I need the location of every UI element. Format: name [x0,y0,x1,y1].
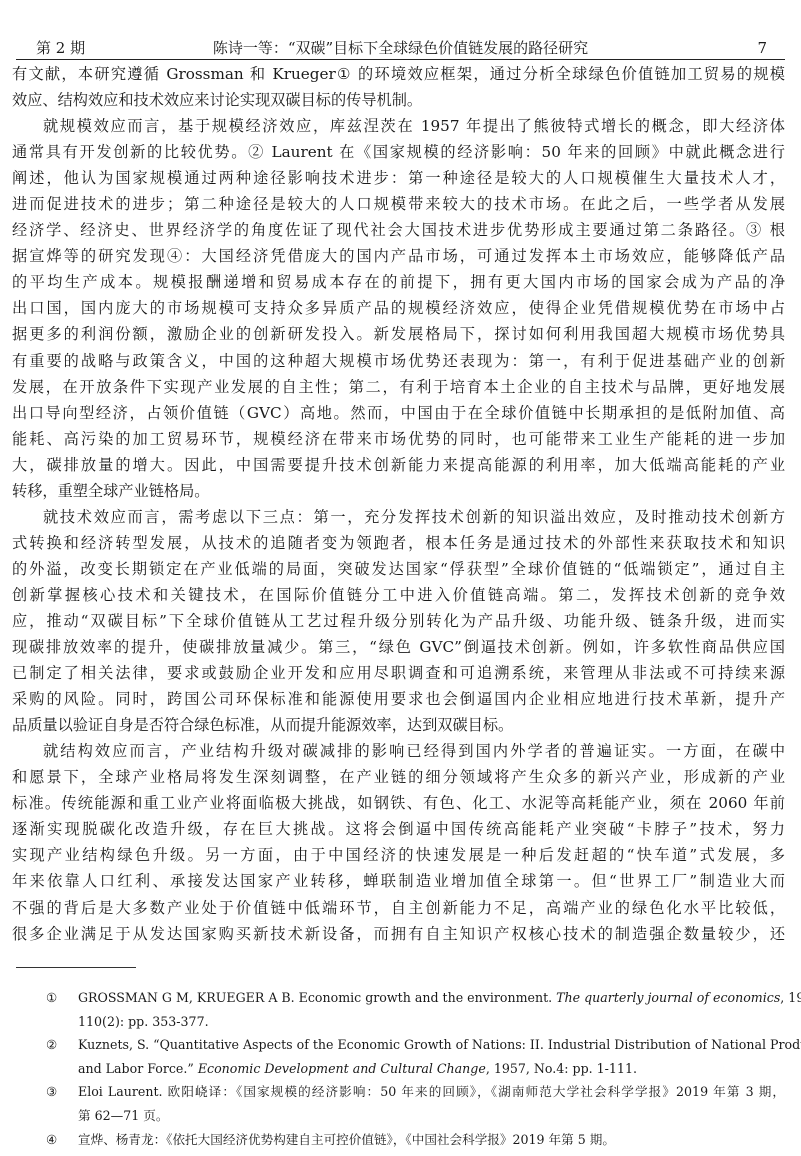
body-line: 创新掌握核心技术和关键技术，在国际价值链分工中进入价值链高端。第二，发挥技术创新… [12,582,785,608]
body-line: 阐述，他认为国家规模通过两种途径影响技术进步：第一种途径是较大的人口规模催生大量… [12,165,785,191]
body-line: 现碳排放效率的提升，使碳排放量减少。第三，“绿色 GVC”倒逼技术创新。例如，许… [12,634,785,660]
body-line: 品质量以验证自身是否符合绿色标准，从而提升能源效率，达到双碳目标。 [12,712,785,738]
footnote-marker: ④ [46,1128,68,1152]
page-number: 7 [757,38,767,58]
footnote-text: 110(2): pp. 353-377. [78,1010,785,1034]
footnote-line: ④宣烨、杨青龙：《依托大国经济优势构建自主可控价值链》，《中国社会科学报》201… [0,1128,801,1152]
footnote-segment: Kuznets, S. “Quantitative Aspects of the… [78,1037,801,1052]
body-line: 和愿景下，全球产业格局将发生深刻调整，在产业链的细分领域将产生众多的新兴产业，形… [12,764,785,790]
footnote-segment: , 1995, [780,990,801,1005]
running-header: 第 2 期 陈诗一等：“双碳”目标下全球绿色价值链发展的路径研究 7 [16,38,785,58]
body-line: 大，碳排放量的增大。因此，中国需要提升技术创新能力来提高能源的利用率，加大低端高… [12,452,785,478]
footnote-separator [16,967,136,968]
footnote-segment: 110(2): pp. 353-377. [78,1014,209,1029]
header-rule [16,59,785,60]
body-line: 采购的风险。同时，跨国公司环保标准和能源使用要求也会倒逼国内企业相应地进行技术革… [12,686,785,712]
body-line: 转移，重塑全球产业链格局。 [12,478,785,504]
footnote-segment: , 1957, No.4: pp. 1-111. [486,1061,637,1076]
footnote-marker: ③ [46,1080,68,1104]
body-text: 有文献，本研究遵循 Grossman 和 Krueger① 的环境效应框架，通过… [12,61,785,947]
footnote-line: ③Eloi Laurent. 欧阳峣译：《国家规模的经济影响：50 年来的回顾》… [0,1080,801,1104]
footnote-line: ②Kuznets, S. “Quantitative Aspects of th… [0,1033,801,1057]
footnote-segment: 第 62—71 页。 [78,1108,168,1123]
body-line: 年来依靠人口红利、承接发达国家产业转移，蝉联制造业增加值全球第一。但“世界工厂”… [12,868,785,894]
footnote-text: 宣烨、杨青龙：《依托大国经济优势构建自主可控价值链》，《中国社会科学报》2019… [78,1128,785,1152]
body-line: 标准。传统能源和重工业产业将面临极大挑战，如钢铁、有色、化工、水泥等高耗能产业，… [12,790,785,816]
body-line: 据宣烨等的研究发现④：大国经济凭借庞大的国内产品市场，可通过发挥本土市场效应，能… [12,243,785,269]
journal-title: Economic Development and Cultural Change [198,1061,486,1076]
footnote-text: GROSSMAN G M, KRUEGER A B. Economic grow… [78,986,785,1010]
footnote-line: ①GROSSMAN G M, KRUEGER A B. Economic gro… [0,986,801,1010]
body-line: 发展，在开放条件下实现产业发展的自主性；第二，有利于培育本土企业的自主技术与品牌… [12,374,785,400]
body-line: 有重要的战略与政策含义，中国的这种超大规模市场优势还表现为：第一，有利于促进基础… [12,348,785,374]
running-title: 陈诗一等：“双碳”目标下全球绿色价值链发展的路径研究 [16,38,785,58]
body-line: 已制定了相关法律，要求或鼓励企业开发和应用尽职调查和可追溯系统，来管理从非法或不… [12,660,785,686]
body-line: 效应、结构效应和技术效应来讨论实现双碳目标的传导机制。 [12,87,785,113]
body-line: 很多企业满足于从发达国家购买新技术新设备，而拥有自主知识产权核心技术的制造强企数… [12,921,785,947]
footnote-line: and Labor Force.” Economic Development a… [0,1057,801,1081]
body-line: 不强的背后是大多数产业处于价值链中低端环节，自主创新能力不足，高端产业的绿色化水… [12,895,785,921]
footnote-marker: ① [46,986,68,1010]
footnote-text: 第 62—71 页。 [78,1104,785,1128]
body-line: 就技术效应而言，需考虑以下三点：第一，充分发挥技术创新的知识溢出效应，及时推动技… [12,504,785,530]
footnote-segment: Eloi Laurent. 欧阳峣译：《国家规模的经济影响：50 年来的回顾》，… [78,1084,785,1099]
journal-title: The quarterly journal of economics [556,990,780,1005]
body-line: 应，推动“双碳目标”下全球价值链从工艺过程升级分别转化为产品升级、功能升级、链条… [12,608,785,634]
footnote-segment: GROSSMAN G M, KRUEGER A B. Economic grow… [78,990,556,1005]
body-line: 就结构效应而言，产业结构升级对碳减排的影响已经得到国内外学者的普遍证实。一方面，… [12,738,785,764]
body-line: 通常具有开发创新的比较优势。② Laurent 在《国家规模的经济影响：50 年… [12,139,785,165]
body-line: 实现产业结构绿色升级。另一方面，由于中国经济的快速发展是一种后发赶超的“快车道”… [12,842,785,868]
footnote-line: 第 62—71 页。 [0,1104,801,1128]
body-line: 的外溢，改变长期锁定在产业低端的局面，突破发达国家“俘获型”全球价值链的“低端锁… [12,556,785,582]
body-line: 能耗、高污染的加工贸易环节，规模经济在带来市场优势的同时，也可能带来工业生产能耗… [12,426,785,452]
footnote-text: Eloi Laurent. 欧阳峣译：《国家规模的经济影响：50 年来的回顾》，… [78,1080,785,1104]
body-line: 出口导向型经济，占领价值链（GVC）高地。然而，中国由于在全球价值链中长期承担的… [12,400,785,426]
footnote-line: 110(2): pp. 353-377. [0,1010,801,1034]
body-line: 的平均生产成本。规模报酬递增和贸易成本存在的前提下，拥有更大国内市场的国家会成为… [12,269,785,295]
body-line: 就规模效应而言，基于规模经济效应，库兹涅茨在 1957 年提出了熊彼特式增长的概… [12,113,785,139]
footnote-text: and Labor Force.” Economic Development a… [78,1057,785,1081]
body-line: 进而促进技术的进步；第二种途径是较大的人口规模带来较大的技术市场。在此之后，一些… [12,191,785,217]
body-line: 逐渐实现脱碳化改造升级，存在巨大挑战。这将会倒逼中国传统高能耗产业突破“卡脖子”… [12,816,785,842]
body-line: 经济学、经济史、世界经济学的角度佐证了现代社会大国技术进步优势形成主要通过第二条… [12,217,785,243]
footnote-segment: and Labor Force.” [78,1061,198,1076]
body-line: 有文献，本研究遵循 Grossman 和 Krueger① 的环境效应框架，通过… [12,61,785,87]
footnote-marker: ② [46,1033,68,1057]
body-line: 式转换和经济转型发展，从技术的追随者变为领跑者，根本任务是通过技术的外部性来获取… [12,530,785,556]
body-line: 据更多的利润份额，激励企业的创新研发投入。新发展格局下，探讨如何利用我国超大规模… [12,321,785,347]
footnote-text: Kuznets, S. “Quantitative Aspects of the… [78,1033,785,1057]
body-line: 出口国，国内庞大的市场规模可支持众多异质产品的规模经济效应，使得企业凭借规模优势… [12,295,785,321]
footnotes: ①GROSSMAN G M, KRUEGER A B. Economic gro… [0,986,801,1151]
footnote-segment: 宣烨、杨青龙：《依托大国经济优势构建自主可控价值链》，《中国社会科学报》2019… [78,1132,615,1147]
